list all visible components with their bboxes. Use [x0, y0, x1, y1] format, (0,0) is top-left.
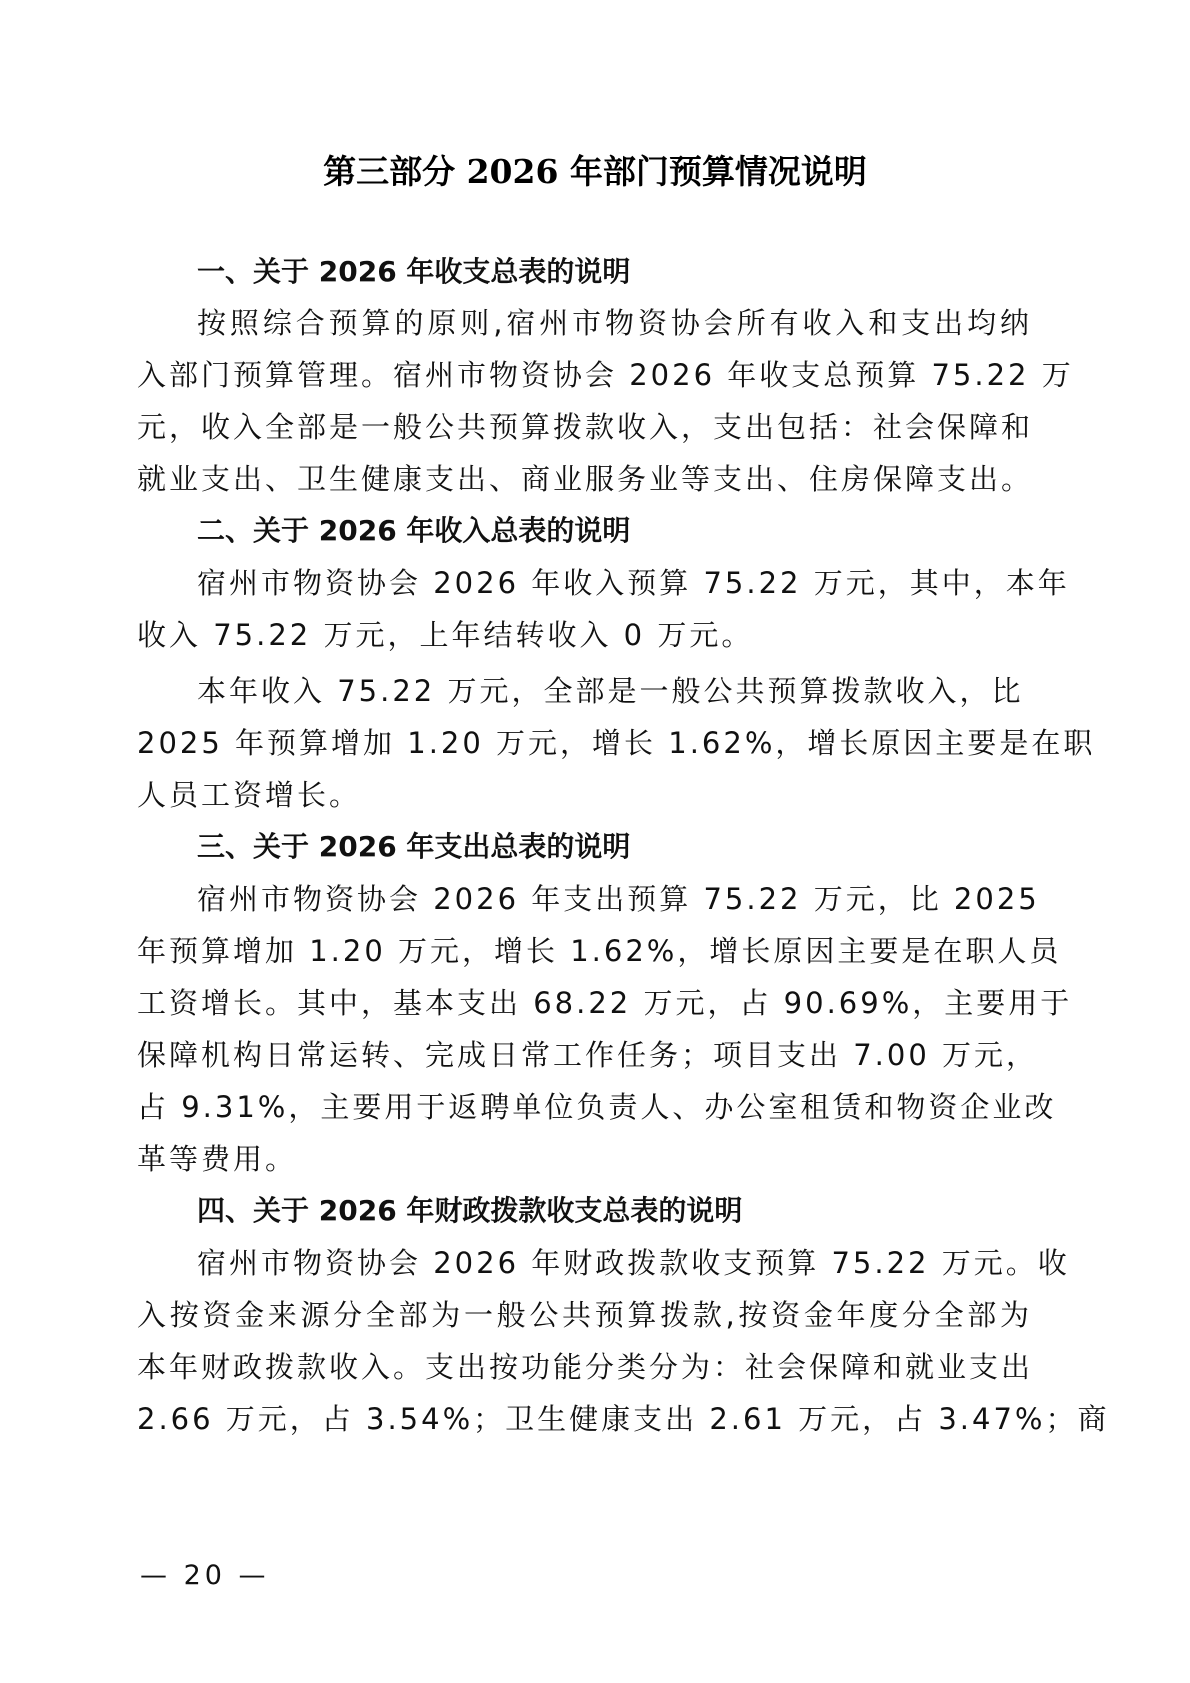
paragraph-line: 收入 75.22 万元，上年结转收入 0 万元。	[137, 615, 1037, 655]
section-heading-3: 三、关于 2026 年支出总表的说明	[197, 827, 1097, 867]
paragraph-line: 入按资金来源分全部为一般公共预算拨款,按资金年度分全部为	[137, 1295, 1032, 1335]
paragraph-line: 2.66 万元，占 3.54%；卫生健康支出 2.61 万元，占 3.47%；商	[137, 1399, 1032, 1439]
page-number: — 20 —	[140, 1560, 270, 1591]
paragraph-line: 占 9.31%，主要用于返聘单位负责人、办公室租赁和物资企业改	[137, 1087, 1032, 1127]
paragraph-line: 宿州市物资协会 2026 年支出预算 75.22 万元，比 2025	[197, 879, 1002, 919]
paragraph-line: 元，收入全部是一般公共预算拨款收入，支出包括：社会保障和	[137, 407, 1032, 447]
paragraph-line: 年预算增加 1.20 万元，增长 1.62%，增长原因主要是在职人员	[137, 931, 1017, 971]
section-heading-4: 四、关于 2026 年财政拨款收支总表的说明	[197, 1191, 1097, 1231]
paragraph-line: 本年财政拨款收入。支出按功能分类分为：社会保障和就业支出	[137, 1347, 1032, 1387]
paragraph-line: 人员工资增长。	[137, 775, 1037, 815]
document-page: 第三部分 2026 年部门预算情况说明 一、关于 2026 年收支总表的说明 按…	[0, 0, 1190, 1683]
paragraph-line: 工资增长。其中，基本支出 68.22 万元，占 90.69%，主要用于	[137, 983, 1032, 1023]
section-heading-2: 二、关于 2026 年收入总表的说明	[197, 511, 1097, 551]
section-heading-1: 一、关于 2026 年收支总表的说明	[197, 252, 1097, 292]
paragraph-line: 就业支出、卫生健康支出、商业服务业等支出、住房保障支出。	[137, 459, 1032, 499]
paragraph-line: 革等费用。	[137, 1139, 1037, 1179]
paragraph-line: 入部门预算管理。宿州市物资协会 2026 年收支总预算 75.22 万	[137, 355, 1032, 395]
paragraph-line: 宿州市物资协会 2026 年收入预算 75.22 万元，其中，本年	[197, 563, 1032, 603]
paragraph-line: 保障机构日常运转、完成日常工作任务；项目支出 7.00 万元，	[137, 1035, 1022, 1075]
page-title: 第三部分 2026 年部门预算情况说明	[0, 146, 1190, 193]
paragraph-line: 2025 年预算增加 1.20 万元，增长 1.62%，增长原因主要是在职	[137, 723, 1032, 763]
paragraph-line: 本年收入 75.22 万元，全部是一般公共预算拨款收入，比	[197, 671, 1097, 711]
paragraph-line: 宿州市物资协会 2026 年财政拨款收支预算 75.22 万元。收	[197, 1243, 1032, 1283]
paragraph-line: 按照综合预算的原则,宿州市物资协会所有收入和支出均纳	[197, 303, 1032, 343]
